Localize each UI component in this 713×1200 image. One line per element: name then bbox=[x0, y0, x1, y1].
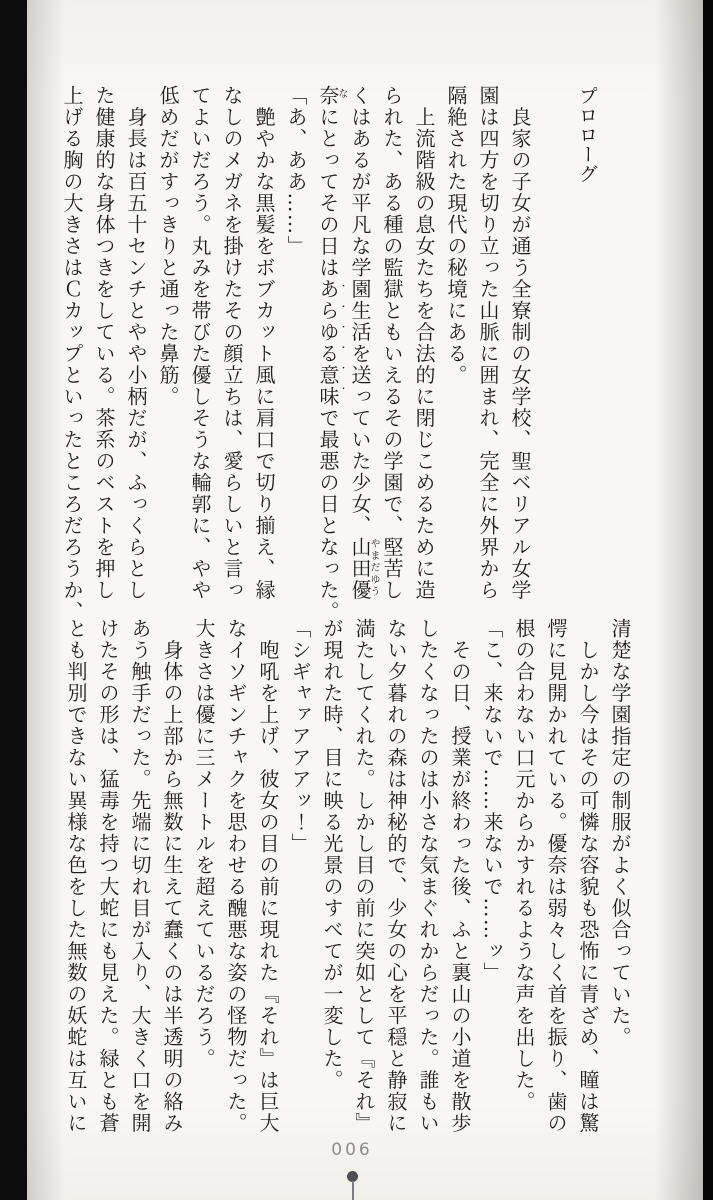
text-column: 満たしてくれた。しかし目の前に突如として『それ』 bbox=[348, 618, 380, 1134]
text-column: なしのメガネを掛けたその顔立ちは、愛らしいと言っ bbox=[216, 85, 248, 601]
text-column: 上流階級の息女たちを合法的に閉じこめるために造 bbox=[408, 85, 440, 601]
right-page-curve-shadow bbox=[655, 0, 703, 1200]
right-black-border bbox=[703, 0, 713, 1200]
text-column: したくなったのは小さな気まぐれからだった。誰もい bbox=[412, 618, 444, 1134]
text-column: 隔絶された現代の秘境にある。 bbox=[440, 85, 472, 386]
book-page: プロローグ 良家の子女が通う全寮制の女学校、聖ベリアル女学 園は四方を切り立った… bbox=[0, 0, 713, 1200]
text-column: なイソギンチャクを思わせる醜悪な姿の怪物だった。 bbox=[220, 618, 252, 1134]
furigana-na: な bbox=[336, 88, 346, 100]
text-column: 大きさは優に三メートルを超えているだろう。 bbox=[188, 618, 220, 1070]
text-column: 低めだがすっきりと通った鼻筋。 bbox=[152, 85, 184, 408]
text-column: 身体の上部から無数に生えて蠢くのは半透明の絡み bbox=[156, 618, 188, 1134]
text-column: とも判別できない異様な色をした無数の妖蛇は互いに bbox=[60, 618, 92, 1134]
text-column: 「あ、ああ……」 bbox=[280, 85, 312, 257]
text-column: 艶やかな黒髪をボブカット風に肩口で切り揃え、縁 bbox=[248, 85, 280, 601]
text-column: られた、ある種の監獄ともいえるその学園で、堅苦し bbox=[376, 85, 408, 601]
text-column: ない夕暮れの森は神秘的で、少女の心を平穏と静寂に bbox=[380, 618, 412, 1134]
text-column: 園は四方を切り立った山脈に囲まれ、完全に外界から bbox=[472, 85, 504, 601]
text-column: 根の合わない口元からかすれるような声を出した。 bbox=[508, 618, 540, 1113]
page-number: 006 bbox=[320, 1140, 384, 1160]
furigana-yamada-yuu: やまだゆう bbox=[368, 538, 378, 598]
text-column: 愕に見開かれている。優奈は弱々しく首を振り、歯の bbox=[540, 618, 572, 1134]
text-column: その日、授業が終わった後、ふと裏山の小道を散歩 bbox=[444, 618, 476, 1134]
text-column: 「こ、来ないで……来ないで……ッ」 bbox=[476, 618, 508, 984]
binding-mark-line bbox=[352, 1181, 354, 1200]
text-column: 上げる胸の大きさはＣカップといったところだろうか、 bbox=[56, 85, 88, 623]
text-column: てよいだろう。丸みを帯びた優しそうな輪郭に、やや bbox=[184, 85, 216, 601]
text-column: あう触手だった。先端に切れ目が入り、大きく口を開 bbox=[124, 618, 156, 1134]
chapter-title: プロローグ bbox=[570, 86, 604, 184]
text-column: 良家の子女が通う全寮制の女学校、聖ベリアル女学 bbox=[504, 85, 536, 601]
text-column: しかし今はその可憐な容貌も恐怖に青ざめ、瞳は驚 bbox=[572, 618, 604, 1134]
text-column: けたその形は、猛毒を持つ大蛇にも見えた。緑とも蒼 bbox=[92, 618, 124, 1134]
text-column: が現れた時、目に映る光景のすべてが一変した。 bbox=[316, 618, 348, 1091]
text-column: 清楚な学園指定の制服がよく似合っていた。 bbox=[604, 618, 636, 1048]
left-black-border bbox=[0, 0, 27, 1200]
text-column: 「シギャァアアアッ！」 bbox=[284, 618, 316, 855]
text-column: た健康的な身体つきをしている。茶系のベストを押し bbox=[88, 85, 120, 601]
text-column: 咆吼を上げ、彼女の目の前に現れた『それ』は巨大 bbox=[252, 618, 284, 1134]
text-column: くはあるが平凡な学園生活を送っていた少女、山田優 bbox=[344, 85, 376, 601]
text-column: 身長は百五十センチとやや小柄だが、ふっくらとし bbox=[120, 85, 152, 601]
emphasis-dots: ・・・・・・ bbox=[337, 281, 347, 404]
